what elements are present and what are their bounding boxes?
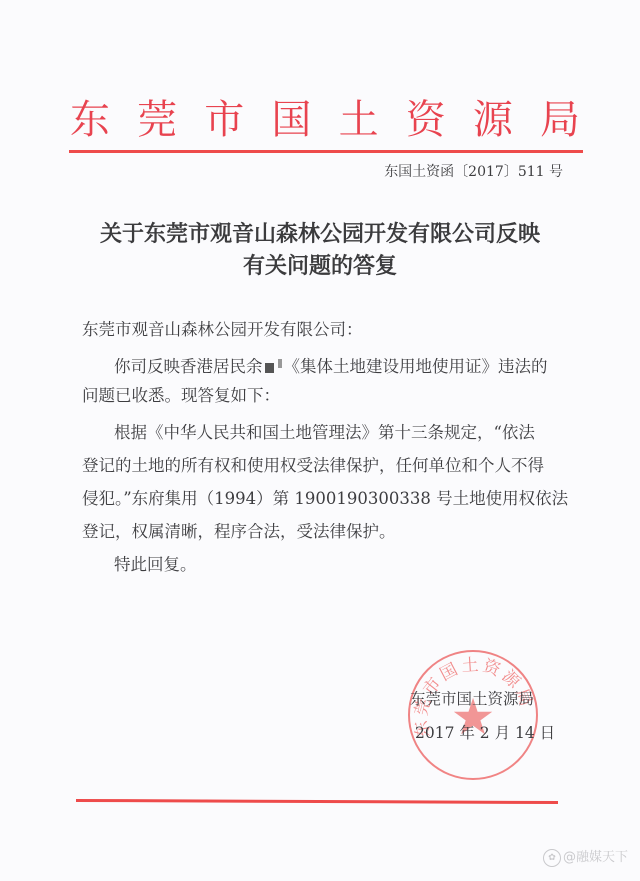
document-page: 东 莞 市 国 土 资 源 局 东国土资函〔2017〕511 号 关于东莞市观音… — [0, 0, 640, 881]
paragraph-1-line-2: 问题已收悉。现答复如下： — [82, 384, 562, 408]
document-title-line-1: 关于东莞市观音山森林公园开发有限公司反映 — [40, 218, 600, 250]
paragraph-2-line-2: 登记的土地的所有权和使用权受法律保护，任何单位和个人不得 — [82, 454, 562, 478]
letterhead-char: 源 — [473, 95, 513, 145]
letterhead-divider — [69, 150, 583, 153]
letterhead-char: 国 — [271, 95, 311, 145]
letterhead-char: 莞 — [137, 95, 177, 145]
paragraph-2-line-3: 侵犯。”东府集用（1994）第 1900190300338 号土地使用权依法 — [82, 487, 562, 511]
text-segment: 你司反映香港居民余 — [114, 357, 263, 376]
official-seal: 东莞市国土资源局 ★ — [408, 650, 538, 780]
text-segment: 《集体土地建设用地使用证》违法的 — [284, 357, 548, 376]
paragraph-2-line-4: 登记，权属清晰，程序合法，受法律保护。 — [82, 520, 562, 544]
letterhead-char: 东 — [70, 95, 110, 145]
redaction-block — [278, 359, 282, 368]
salutation: 东莞市观音山森林公园开发有限公司： — [82, 318, 562, 342]
signature-organization: 东莞市国土资源局 — [410, 688, 534, 710]
letterhead-char: 市 — [204, 95, 244, 145]
document-title-line-2: 有关问题的答复 — [40, 250, 600, 282]
paragraph-1-line-1: 你司反映香港居民余《集体土地建设用地使用证》违法的 — [114, 355, 594, 379]
letterhead-char: 土 — [339, 95, 379, 145]
closing-line: 特此回复。 — [114, 553, 594, 577]
letterhead-char: 局 — [540, 95, 580, 145]
paw-icon: ✿ — [543, 849, 561, 867]
document-number: 东国土资函〔2017〕511 号 — [384, 162, 563, 182]
footer-divider — [76, 799, 558, 804]
letterhead-char: 资 — [406, 95, 446, 145]
signature-date: 2017 年 2 月 14 日 — [415, 722, 555, 744]
watermark: ✿ @融媒天下 — [543, 849, 628, 867]
redaction-block — [265, 363, 274, 373]
org-letterhead: 东 莞 市 国 土 资 源 局 — [70, 95, 580, 145]
paragraph-2-line-1: 根据《中华人民共和国土地管理法》第十三条规定，“依法 — [114, 421, 594, 445]
watermark-text: @融媒天下 — [563, 849, 628, 867]
